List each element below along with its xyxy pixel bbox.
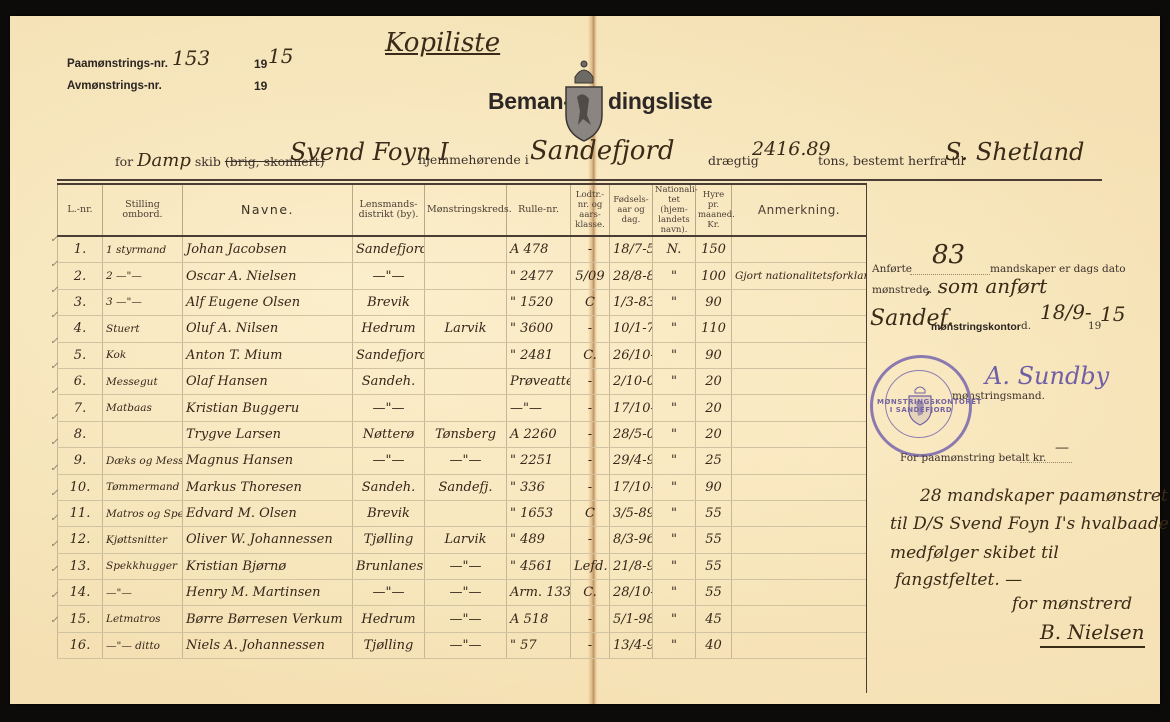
- cell-lodtr-number: Lefd.: [571, 553, 610, 579]
- year-suffix: 15: [1100, 302, 1125, 326]
- table-row: 5.KokAnton T. MiumSandefjord" 2481C.26/1…: [58, 342, 867, 368]
- col-nationalitet: Nationali-tet (hjem-landets navn).: [653, 184, 696, 236]
- cell-birth-date: 28/8-87: [610, 263, 653, 289]
- cell-birth-date: 5/1-98: [610, 606, 653, 632]
- paamonstrings-year-prefix: 19: [254, 57, 267, 71]
- stamp-text: MØNSTRINGSKONTORET I SANDEFJORD: [877, 398, 965, 414]
- home-port: Sandefjord: [530, 136, 675, 166]
- col-lnr: L.-nr.: [58, 184, 103, 236]
- cell-remark: [732, 474, 867, 500]
- cell-remark: [732, 527, 867, 553]
- cell-monstringskreds: [425, 236, 507, 263]
- cell-rulle-number: " 2477: [507, 263, 571, 289]
- cell-rulle-number: " 4561: [507, 553, 571, 579]
- note-line-1: 28 mandskaper paamønstret: [920, 486, 1168, 506]
- cell-monthly-wage: 90: [696, 289, 732, 315]
- destination: S. Shetland: [945, 138, 1084, 166]
- cell-monthly-wage: 55: [696, 527, 732, 553]
- cell-lodtr-number: C: [571, 289, 610, 315]
- cell-birth-date: 2/10-00: [610, 368, 653, 394]
- cell-monstringskreds: [425, 395, 507, 421]
- col-fodsel: Fødsels-aar og dag.: [610, 184, 653, 236]
- cell-birth-date: 21/8-94: [610, 553, 653, 579]
- cell-birth-date: 3/5-89: [610, 500, 653, 526]
- cell-row-number: 1.: [58, 236, 103, 263]
- title-left: Beman-: [488, 88, 571, 115]
- cell-rulle-number: A 2260: [507, 421, 571, 447]
- cell-lensmand-district: Brevik: [353, 500, 425, 526]
- cell-name: Henry M. Martinsen: [183, 580, 353, 606]
- cell-position: Kok: [103, 342, 183, 368]
- cell-nationality: ": [653, 448, 696, 474]
- cell-nationality: ": [653, 580, 696, 606]
- cell-rulle-number: " 336: [507, 474, 571, 500]
- col-anmerkning: Anmerkning.: [732, 184, 867, 236]
- note-signoff: for mønstrerd: [1012, 594, 1132, 614]
- cell-nationality: ": [653, 395, 696, 421]
- table-right-border: [866, 183, 867, 693]
- cell-nationality: ": [653, 632, 696, 658]
- cell-remark: [732, 448, 867, 474]
- avmonstrings-year-prefix: 19: [254, 79, 267, 93]
- cell-remark: [732, 421, 867, 447]
- cell-position: 2 —"—: [103, 263, 183, 289]
- cell-name: Oluf A. Nilsen: [183, 316, 353, 342]
- cell-rulle-number: A 518: [507, 606, 571, 632]
- cell-lensmand-district: Tjølling: [353, 527, 425, 553]
- cell-position: Tømmermand: [103, 474, 183, 500]
- cell-monthly-wage: 20: [696, 421, 732, 447]
- skib-label: skib: [195, 154, 221, 169]
- betalt-dotted-line: [1020, 462, 1072, 463]
- table-row: 1.1 styrmandJohan JacobsenSandefjordA 47…: [58, 236, 867, 263]
- cell-birth-date: 26/10-89: [610, 342, 653, 368]
- note-line-3: medfølger skibet til: [890, 543, 1059, 563]
- cell-monstringskreds: [425, 500, 507, 526]
- cell-monthly-wage: 20: [696, 368, 732, 394]
- checkmark-icon: ✓: [50, 539, 58, 550]
- cell-birth-date: 29/4-99: [610, 448, 653, 474]
- cell-lensmand-district: —"—: [353, 580, 425, 606]
- cell-rulle-number: —"—: [507, 395, 571, 421]
- cell-lodtr-number: C.: [571, 342, 610, 368]
- cell-name: Børre Børresen Verkum: [183, 606, 353, 632]
- checkmark-icon: ✓: [50, 310, 58, 321]
- col-lodtr: Lodtr.-nr. og aars-klasse.: [571, 184, 610, 236]
- monstringsmand-signature: A. Sundby: [985, 362, 1109, 390]
- cell-lensmand-district: Hedrum: [353, 316, 425, 342]
- cell-remark: [732, 368, 867, 394]
- cell-monstringskreds: —"—: [425, 632, 507, 658]
- cell-remark: [732, 632, 867, 658]
- checkmark-icon: ✓: [50, 564, 58, 575]
- cell-nationality: ": [653, 553, 696, 579]
- table-row: 4.StuertOluf A. NilsenHedrumLarvik" 3600…: [58, 316, 867, 342]
- cell-rulle-number: " 2481: [507, 342, 571, 368]
- betalt-value: —: [1055, 440, 1069, 456]
- cell-position: Dæks og Messegut: [103, 448, 183, 474]
- cell-row-number: 8.: [58, 421, 103, 447]
- table-row: 7.MatbaasKristian Buggeru—"——"—-17/10-99…: [58, 395, 867, 421]
- cell-lodtr-number: -: [571, 421, 610, 447]
- cell-name: Magnus Hansen: [183, 448, 353, 474]
- checkmark-icon: ✓: [50, 336, 58, 347]
- cell-remark: [732, 236, 867, 263]
- cell-position: 3 —"—: [103, 289, 183, 315]
- cell-nationality: ": [653, 316, 696, 342]
- cell-name: Alf Eugene Olsen: [183, 289, 353, 315]
- cell-row-number: 7.: [58, 395, 103, 421]
- date-value: 18/9-: [1040, 300, 1092, 324]
- cell-birth-date: 1/3-83: [610, 289, 653, 315]
- cell-rulle-number: A 478: [507, 236, 571, 263]
- table-row: 6.MessegutOlaf HansenSandeh.Prøveattest-…: [58, 368, 867, 394]
- cell-birth-date: 28/5-01: [610, 421, 653, 447]
- cell-monstringskreds: —"—: [425, 448, 507, 474]
- cell-monstringskreds: Sandefj.: [425, 474, 507, 500]
- cell-name: Olaf Hansen: [183, 368, 353, 394]
- cell-row-number: 14.: [58, 580, 103, 606]
- hjemmehorende-label: hjemmehørende i: [418, 152, 529, 167]
- cell-name: Trygve Larsen: [183, 421, 353, 447]
- cell-row-number: 15.: [58, 606, 103, 632]
- tons-label: tons, bestemt herfra til: [818, 153, 965, 168]
- monstrede-value: , som anført: [925, 274, 1047, 298]
- cell-lodtr-number: -: [571, 368, 610, 394]
- checkmark-icon: ✓: [50, 590, 58, 601]
- col-rulle: Rulle-nr.: [507, 184, 571, 236]
- cell-rulle-number: " 1520: [507, 289, 571, 315]
- table-row: 2.2 —"—Oscar A. Nielsen—"—" 24775/0928/8…: [58, 263, 867, 289]
- cell-monthly-wage: 110: [696, 316, 732, 342]
- cell-birth-date: 28/10-88: [610, 580, 653, 606]
- note-signer: B. Nielsen: [1040, 620, 1145, 648]
- table-row: 14.—"—Henry M. Martinsen—"——"—Arm. 1334C…: [58, 580, 867, 606]
- table-row: 11.Matros og SpekkhuggerEdvard M. OlsenB…: [58, 500, 867, 526]
- cell-monstringskreds: [425, 289, 507, 315]
- cell-name: Anton T. Mium: [183, 342, 353, 368]
- kopiliste-annotation: Kopiliste: [385, 28, 500, 58]
- cell-row-number: 16.: [58, 632, 103, 658]
- cell-rulle-number: " 2251: [507, 448, 571, 474]
- cell-lensmand-district: —"—: [353, 263, 425, 289]
- checkmark-icon: ✓: [50, 285, 58, 296]
- norwegian-coat-of-arms-icon: [563, 55, 605, 145]
- cell-monthly-wage: 90: [696, 342, 732, 368]
- cell-row-number: 11.: [58, 500, 103, 526]
- cell-remark: [732, 289, 867, 315]
- cell-monstringskreds: [425, 263, 507, 289]
- cell-position: Matros og Spekkhugger: [103, 500, 183, 526]
- cell-nationality: ": [653, 606, 696, 632]
- avmonstrings-label: Avmønstrings-nr.: [67, 80, 162, 92]
- office-stamp: MØNSTRINGSKONTORET I SANDEFJORD: [870, 355, 972, 457]
- cell-monthly-wage: 150: [696, 236, 732, 263]
- date-label: d.: [1021, 320, 1031, 332]
- cell-lodtr-number: -: [571, 316, 610, 342]
- cell-position: Kjøttsnitter: [103, 527, 183, 553]
- cell-row-number: 9.: [58, 448, 103, 474]
- cell-position: Messegut: [103, 368, 183, 394]
- cell-rulle-number: " 57: [507, 632, 571, 658]
- cell-lodtr-number: C.: [571, 580, 610, 606]
- cell-nationality: ": [653, 263, 696, 289]
- cell-lensmand-district: Sandeh.: [353, 474, 425, 500]
- ship-type: Damp: [137, 150, 191, 171]
- cell-remark: [732, 553, 867, 579]
- checkmark-icon: ✓: [50, 615, 58, 626]
- cell-lensmand-district: —"—: [353, 448, 425, 474]
- cell-monthly-wage: 40: [696, 632, 732, 658]
- paamonstrings-label: Paamønstrings-nr.: [67, 58, 168, 70]
- note-line-2: til D/S Svend Foyn I's hvalbaade: [890, 514, 1169, 534]
- cell-monstringskreds: —"—: [425, 580, 507, 606]
- table-row: 10.TømmermandMarkus ThoresenSandeh.Sande…: [58, 474, 867, 500]
- table-row: 3.3 —"—Alf Eugene OlsenBrevik" 1520C1/3-…: [58, 289, 867, 315]
- cell-lodtr-number: -: [571, 395, 610, 421]
- cell-nationality: ": [653, 474, 696, 500]
- cell-lensmand-district: Tjølling: [353, 632, 425, 658]
- cell-monthly-wage: 25: [696, 448, 732, 474]
- crew-count: 83: [932, 240, 965, 270]
- cell-nationality: ": [653, 289, 696, 315]
- cell-nationality: ": [653, 368, 696, 394]
- cell-name: Johan Jacobsen: [183, 236, 353, 263]
- cell-monstringskreds: Larvik: [425, 527, 507, 553]
- cell-row-number: 12.: [58, 527, 103, 553]
- cell-monthly-wage: 20: [696, 395, 732, 421]
- cell-name: Kristian Bjørnø: [183, 553, 353, 579]
- cell-birth-date: 18/7-56: [610, 236, 653, 263]
- col-stilling: Stilling ombord.: [103, 184, 183, 236]
- cell-remark: [732, 395, 867, 421]
- cell-monthly-wage: 55: [696, 580, 732, 606]
- cell-monstringskreds: —"—: [425, 606, 507, 632]
- cell-birth-date: 10/1-70: [610, 316, 653, 342]
- office-label: mønstringskontor: [931, 321, 1021, 333]
- crew-table: L.-nr. Stilling ombord. Navne. Lensmands…: [57, 183, 867, 659]
- title-right: dingsliste: [608, 88, 712, 115]
- checkmark-icon: ✓: [50, 463, 58, 474]
- cell-monstringskreds: [425, 368, 507, 394]
- cell-name: Markus Thoresen: [183, 474, 353, 500]
- col-hyre: Hyre pr. maaned. Kr.: [696, 184, 732, 236]
- note-line-4: fangstfeltet. —: [895, 570, 1022, 590]
- cell-lensmand-district: Brunlanes: [353, 553, 425, 579]
- cell-position: [103, 421, 183, 447]
- cell-name: Oscar A. Nielsen: [183, 263, 353, 289]
- col-lensmand: Lensmands-distrikt (by).: [353, 184, 425, 236]
- cell-remark: [732, 580, 867, 606]
- col-kreds: Mønstringskreds.: [425, 184, 507, 236]
- checkmark-icon: ✓: [50, 437, 58, 448]
- cell-name: Edvard M. Olsen: [183, 500, 353, 526]
- cell-monstringskreds: [425, 342, 507, 368]
- table-row: 15.LetmatrosBørre Børresen VerkumHedrum—…: [58, 606, 867, 632]
- col-navne: Navne.: [183, 184, 353, 236]
- cell-lensmand-district: Sandefjord: [353, 342, 425, 368]
- checkmark-icon: ✓: [50, 488, 58, 499]
- cell-position: Spekkhugger: [103, 553, 183, 579]
- table-row: 16.—"— dittoNiels A. JohannessenTjølling…: [58, 632, 867, 658]
- cell-remark: Gjort nationalitetsforklaring: [732, 263, 867, 289]
- cell-lensmand-district: —"—: [353, 395, 425, 421]
- anforte-label: Anførte: [872, 263, 912, 275]
- cell-birth-date: 17/10-99: [610, 395, 653, 421]
- table-row: 13.SpekkhuggerKristian BjørnøBrunlanes—"…: [58, 553, 867, 579]
- cell-row-number: 3.: [58, 289, 103, 315]
- cell-position: 1 styrmand: [103, 236, 183, 263]
- table-row: 8.Trygve LarsenNøtterøTønsbergA 2260-28/…: [58, 421, 867, 447]
- cell-name: Kristian Buggeru: [183, 395, 353, 421]
- cell-name: Oliver W. Johannessen: [183, 527, 353, 553]
- cell-rulle-number: " 489: [507, 527, 571, 553]
- cell-lensmand-district: Sandeh.: [353, 368, 425, 394]
- paamonstrings-year-suffix: 15: [268, 44, 293, 68]
- cell-monthly-wage: 45: [696, 606, 732, 632]
- cell-monstringskreds: Larvik: [425, 316, 507, 342]
- monstrede-label: mønstrede.: [872, 284, 932, 296]
- cell-position: Letmatros: [103, 606, 183, 632]
- checkmark-icon: ✓: [50, 386, 58, 397]
- cell-nationality: ": [653, 500, 696, 526]
- cell-nationality: ": [653, 342, 696, 368]
- cell-lensmand-district: Hedrum: [353, 606, 425, 632]
- cell-position: Matbaas: [103, 395, 183, 421]
- cell-rulle-number: " 1653: [507, 500, 571, 526]
- cell-row-number: 13.: [58, 553, 103, 579]
- cell-lodtr-number: -: [571, 606, 610, 632]
- cell-monthly-wage: 100: [696, 263, 732, 289]
- checkmark-icon: ✓: [50, 361, 58, 372]
- cell-row-number: 4.: [58, 316, 103, 342]
- checkmark-icon: ✓: [50, 513, 58, 524]
- cell-row-number: 2.: [58, 263, 103, 289]
- cell-rulle-number: Prøveattest: [507, 368, 571, 394]
- cell-monthly-wage: 55: [696, 500, 732, 526]
- cell-lodtr-number: -: [571, 632, 610, 658]
- cell-lensmand-district: Sandefjord: [353, 236, 425, 263]
- checkmark-icon: ✓: [50, 259, 58, 270]
- cell-birth-date: 8/3-96: [610, 527, 653, 553]
- cell-monstringskreds: Tønsberg: [425, 421, 507, 447]
- cell-lodtr-number: 5/09: [571, 263, 610, 289]
- cell-position: Stuert: [103, 316, 183, 342]
- cell-monthly-wage: 55: [696, 553, 732, 579]
- for-label: for: [115, 154, 133, 169]
- cell-lodtr-number: -: [571, 527, 610, 553]
- cell-lensmand-district: Brevik: [353, 289, 425, 315]
- cell-row-number: 10.: [58, 474, 103, 500]
- cell-lodtr-number: -: [571, 474, 610, 500]
- cell-remark: [732, 500, 867, 526]
- cell-remark: [732, 342, 867, 368]
- checkmark-icon: ✓: [50, 234, 58, 245]
- cell-remark: [732, 606, 867, 632]
- cell-birth-date: 17/10-72: [610, 474, 653, 500]
- cell-name: Niels A. Johannessen: [183, 632, 353, 658]
- table-header-row: L.-nr. Stilling ombord. Navne. Lensmands…: [58, 184, 867, 236]
- cell-lensmand-district: Nøtterø: [353, 421, 425, 447]
- cell-monthly-wage: 90: [696, 474, 732, 500]
- cell-lodtr-number: -: [571, 236, 610, 263]
- cell-row-number: 5.: [58, 342, 103, 368]
- paamonstrings-number: 153: [172, 46, 210, 70]
- cell-nationality: ": [653, 527, 696, 553]
- cell-lodtr-number: C: [571, 500, 610, 526]
- table-row: 9.Dæks og MessegutMagnus Hansen—"——"—" 2…: [58, 448, 867, 474]
- cell-monstringskreds: —"—: [425, 553, 507, 579]
- cell-nationality: ": [653, 421, 696, 447]
- cell-rulle-number: Arm. 1334: [507, 580, 571, 606]
- cell-row-number: 6.: [58, 368, 103, 394]
- cell-remark: [732, 316, 867, 342]
- cell-birth-date: 13/4-97: [610, 632, 653, 658]
- ship-line-rule: [57, 179, 1102, 181]
- table-row: 12.KjøttsnitterOliver W. JohannessenTjøl…: [58, 527, 867, 553]
- cell-lodtr-number: -: [571, 448, 610, 474]
- cell-nationality: N.: [653, 236, 696, 263]
- cell-position: —"—: [103, 580, 183, 606]
- cell-rulle-number: " 3600: [507, 316, 571, 342]
- checkmark-icon: ✓: [50, 412, 58, 423]
- cell-position: —"— ditto: [103, 632, 183, 658]
